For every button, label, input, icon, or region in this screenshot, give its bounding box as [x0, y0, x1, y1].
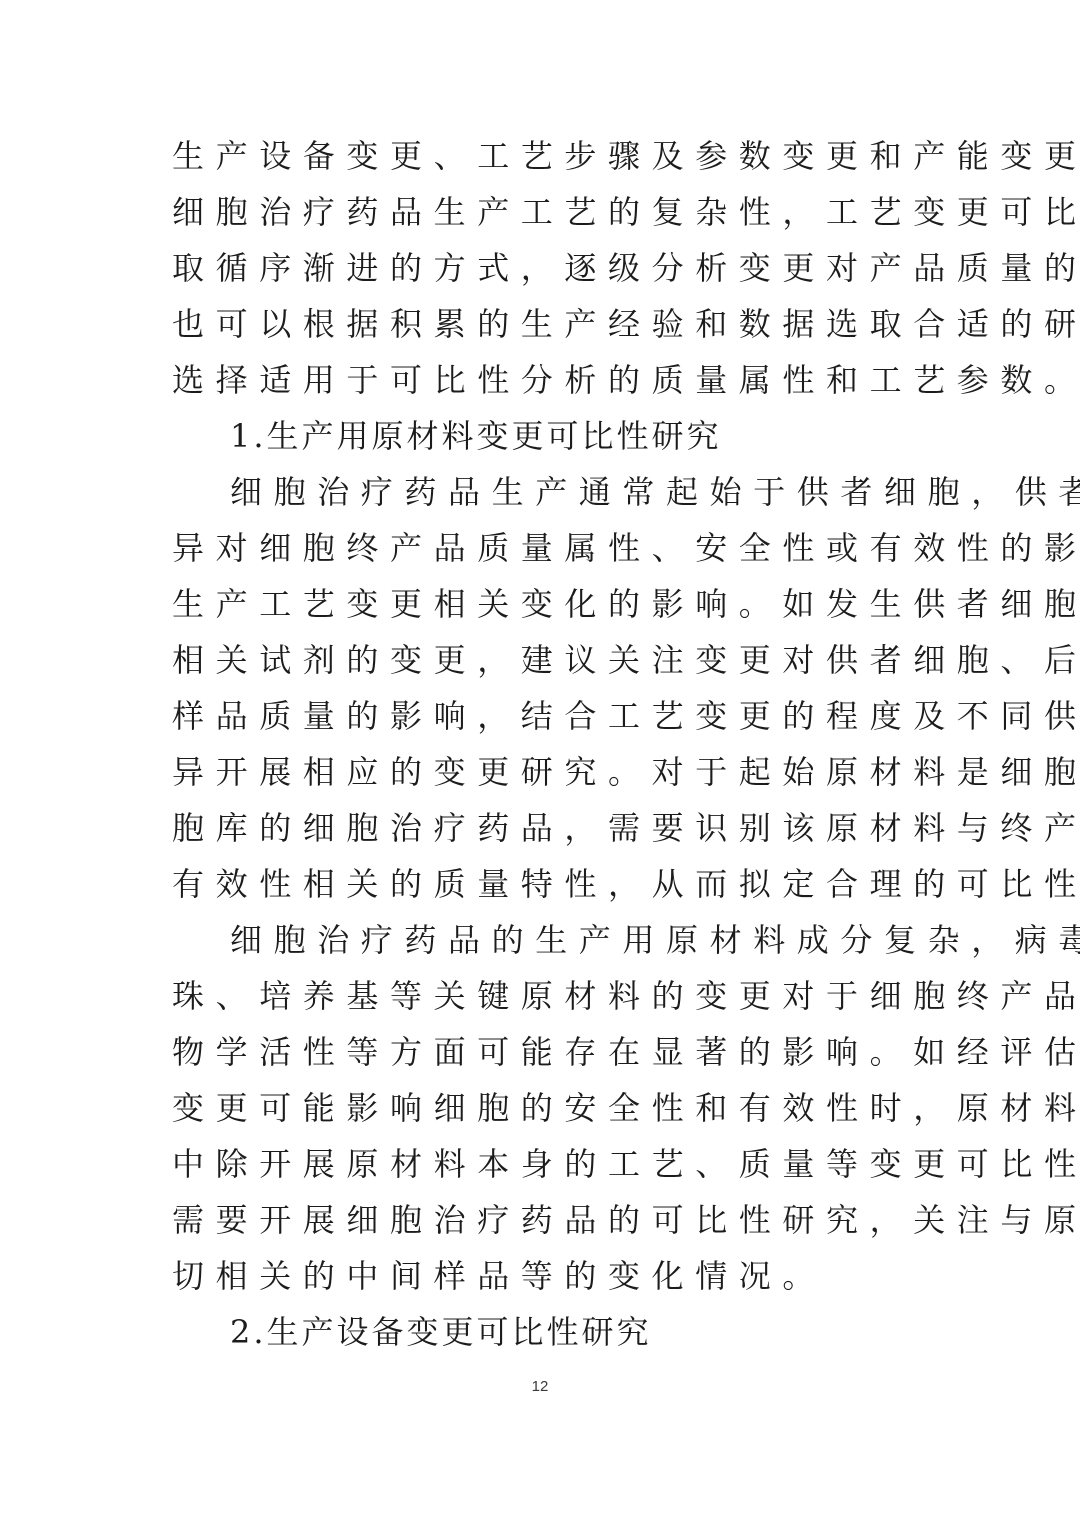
text-line: 切相关的中间样品等的变化情况。	[172, 1253, 932, 1309]
text-line: 物学活性等方面可能存在显著的影响。如经评估原材料工艺	[172, 1029, 932, 1085]
section-heading-equipment: 2.生产设备变更可比性研究	[172, 1309, 932, 1365]
text-line: 细胞治疗药品的生产用原材料成分复杂，病毒载体、磁	[172, 917, 932, 973]
paragraph-raw-materials: 细胞治疗药品的生产用原材料成分复杂，病毒载体、磁 珠、培养基等关键原材料的变更对…	[172, 917, 932, 1309]
text-line: 也可以根据积累的生产经验和数据选取合适的研究策略或	[172, 301, 932, 357]
text-line: 异开展相应的变更研究。对于起始原材料是细胞系/株或细	[172, 749, 932, 805]
body-text: 生产设备变更、工艺步骤及参数变更和产能变更等。考虑到 细胞治疗药品生产工艺的复杂…	[172, 133, 932, 1365]
text-line: 异对细胞终产品质量属性、安全性或有效性的影响可能大于	[172, 525, 932, 581]
text-line: 细胞治疗药品生产工艺的复杂性，工艺变更可比性研究可采	[172, 189, 932, 245]
text-line: 有效性相关的质量特性，从而拟定合理的可比性研究策略。	[172, 861, 932, 917]
text-line: 相关试剂的变更，建议关注变更对供者细胞、后续工艺中间	[172, 637, 932, 693]
paragraph-donor-cells: 细胞治疗药品生产通常起始于供者细胞，供者的个体差 异对细胞终产品质量属性、安全性…	[172, 469, 932, 917]
text-line: 生产设备变更、工艺步骤及参数变更和产能变更等。考虑到	[172, 133, 932, 189]
text-line: 需要开展细胞治疗药品的可比性研究，关注与原材料变更密	[172, 1197, 932, 1253]
text-line: 取循序渐进的方式，逐级分析变更对产品质量的潜在影响，	[172, 245, 932, 301]
text-line: 生产工艺变更相关变化的影响。如发生供者细胞采集方法和	[172, 581, 932, 637]
page-number: 12	[0, 1378, 1080, 1395]
text-line: 选择适用于可比性分析的质量属性和工艺参数。	[172, 357, 932, 413]
section-heading-raw-materials: 1.生产用原材料变更可比性研究	[172, 413, 932, 469]
document-page: 生产设备变更、工艺步骤及参数变更和产能变更等。考虑到 细胞治疗药品生产工艺的复杂…	[0, 0, 1080, 1533]
text-line: 珠、培养基等关键原材料的变更对于细胞终产品的组成和生	[172, 973, 932, 1029]
text-line: 变更可能影响细胞的安全性和有效性时，原材料的变更研究	[172, 1085, 932, 1141]
text-line: 样品质量的影响，结合工艺变更的程度及不同供者细胞的差	[172, 693, 932, 749]
text-line: 胞库的细胞治疗药品，需要识别该原材料与终产品安全性和	[172, 805, 932, 861]
text-line: 中除开展原材料本身的工艺、质量等变更可比性研究外，还	[172, 1141, 932, 1197]
paragraph-continuation: 生产设备变更、工艺步骤及参数变更和产能变更等。考虑到 细胞治疗药品生产工艺的复杂…	[172, 133, 932, 413]
text-line: 细胞治疗药品生产通常起始于供者细胞，供者的个体差	[172, 469, 932, 525]
